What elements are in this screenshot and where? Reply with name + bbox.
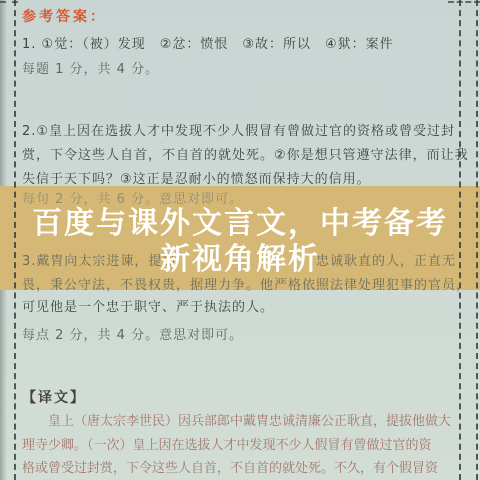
answer-key-header: 参考答案： [22, 9, 107, 25]
q2-line-2: 赏，下令这些人自首，不自首的就处死。②你是想只管遵守法律，而让我 [22, 148, 469, 164]
q3-line-2: 畏，秉公守法，不畏权贵，据理力争。他严格依照法律处理犯事的官员， [22, 278, 470, 294]
scanned-answer-sheet: 参考答案： 1. ①觉：（被）发现 ②忿：愤恨 ③故：所以 ④狱：案件 每题 1… [0, 0, 480, 480]
q3-line-3: 可见他是一个忠于职守、严于执法的人。 [22, 300, 274, 316]
q3-score-note: 每点 2 分，共 4 分。意思对即可。 [22, 328, 243, 344]
q2-line-1: 2.①皇上因在选拔人才中发现不少人假冒有曾做过官的资格或曾受过封 [22, 124, 455, 140]
promo-title-line-1: 百度与课外文言文，中考备考 [0, 206, 480, 242]
translation-line-3: 格或曾受过封赏，下令这些人自首，不自首的就处死。不久，有个假冒资 [22, 461, 438, 477]
q2-line-3: 失信于天下吗？③这正是忍耐小的愤怒而保持大的信用。 [22, 172, 371, 188]
translation-line-1: 皇上（唐太宗李世民）因兵部郎中戴胄忠诚清廉公正耿直，提拔他做大 [22, 414, 451, 430]
dashed-border-left [14, 0, 16, 480]
dashed-border-top-right [448, 1, 480, 3]
q1-score-note: 每题 1 分，共 4 分。 [22, 62, 159, 78]
promo-title-line-2: 新视角解析 [0, 242, 480, 278]
translation-header: 【译文】 [22, 390, 86, 406]
dashed-border-right [459, 0, 461, 480]
dashed-border-right-outer [476, 0, 478, 480]
translation-line-2: 理寺少卿。（一次）皇上因在选拔人才中发现不少人假冒有曾做过官的资 [22, 438, 432, 454]
q1-answers-line: 1. ①觉：（被）发现 ②忿：愤恨 ③故：所以 ④狱：案件 [22, 37, 394, 53]
dashed-border-top-left [0, 1, 18, 3]
